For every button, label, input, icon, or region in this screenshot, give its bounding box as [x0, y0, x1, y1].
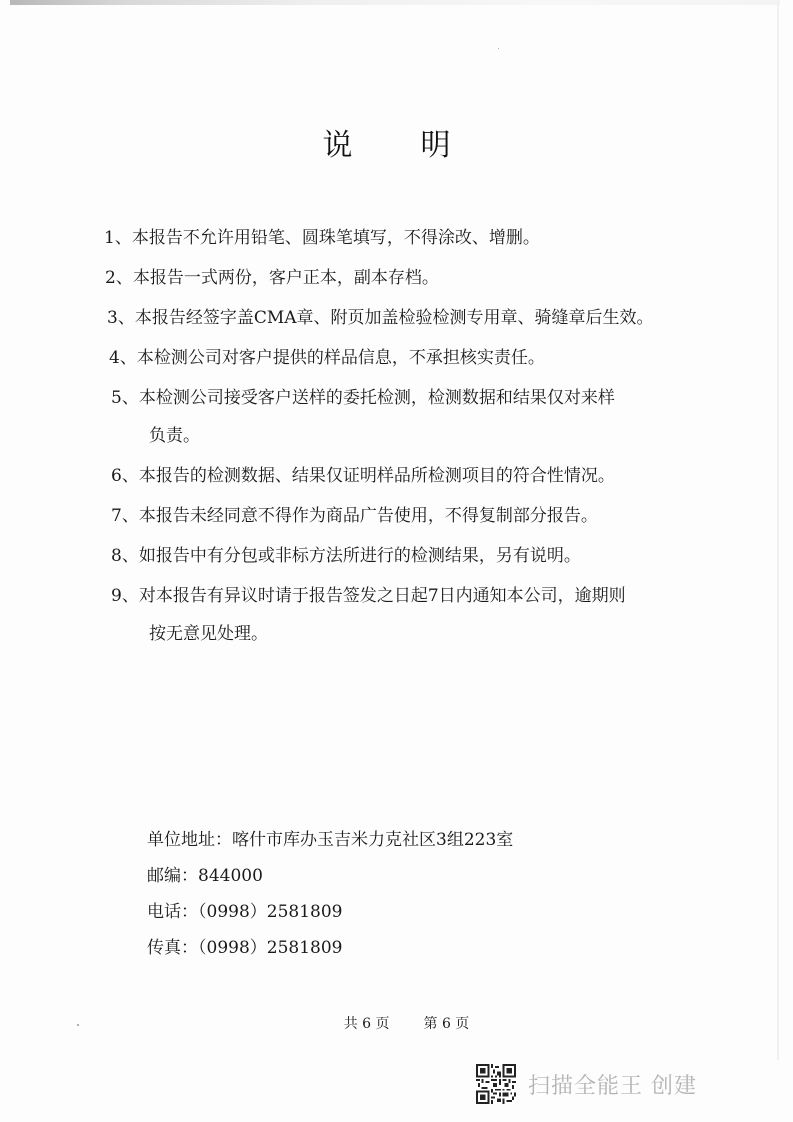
rule-number: 7、 [111, 506, 139, 526]
phone-line: 电话：（0998）2581809 [147, 902, 513, 938]
postcode-value: 844000 [198, 866, 263, 886]
rule-item: 2、本报告一式两份，客户正本，副本存档。 [105, 268, 705, 289]
contact-info: 单位地址：喀什市库办玉吉米力克社区3组223室 邮编：844000 电话：（09… [147, 830, 513, 974]
scanner-watermark: 扫描全能王 创建 [476, 1062, 697, 1106]
rule-number: 9、 [111, 586, 139, 606]
rule-item: 3、本报告经签字盖CMA章、附页加盖检验检测专用章、骑缝章后生效。 [107, 308, 707, 329]
rule-text: 本检测公司对客户提供的样品信息，不承担核实责任。 [137, 348, 545, 368]
postcode-line: 邮编：844000 [147, 866, 513, 902]
rule-number: 6、 [111, 466, 139, 486]
page-title: 说明 [0, 120, 793, 164]
title-char: 说 [323, 128, 421, 163]
rule-item: 9、对本报告有异议时请于报告签发之日起7日内通知本公司，逾期则 按无意见处理。 [111, 586, 711, 645]
qr-code-icon [476, 1064, 516, 1104]
watermark-text: 扫描全能王 创建 [528, 1069, 697, 1100]
rule-number: 1、 [104, 228, 132, 248]
rule-item: 8、如报告中有分包或非标方法所进行的检测结果，另有说明。 [111, 546, 711, 567]
rule-number: 8、 [111, 546, 139, 566]
rule-text: 本报告不允许用铅笔、圆珠笔填写，不得涂改、增删。 [132, 228, 540, 248]
rule-number: 3、 [107, 308, 135, 328]
rule-item: 7、本报告未经同意不得作为商品广告使用，不得复制部分报告。 [111, 506, 711, 527]
address-label: 单位地址： [147, 830, 232, 850]
rule-item: 6、本报告的检测数据、结果仅证明样品所检测项目的符合性情况。 [111, 466, 711, 487]
rule-number: 2、 [105, 268, 133, 288]
document-page: 说明 1、本报告不允许用铅笔、圆珠笔填写，不得涂改、增删。 2、本报告一式两份，… [0, 0, 793, 1122]
rule-item: 1、本报告不允许用铅笔、圆珠笔填写，不得涂改、增删。 [104, 228, 704, 249]
rules-list: 1、本报告不允许用铅笔、圆珠笔填写，不得涂改、增删。 2、本报告一式两份，客户正… [104, 228, 704, 493]
phone-label: 电话： [147, 902, 198, 922]
rule-item: 5、本检测公司接受客户送样的委托检测，检测数据和结果仅对来样 负责。 [111, 388, 711, 447]
rule-text-continuation: 负责。 [111, 426, 711, 447]
total-pages: 共 6 页 [344, 1016, 390, 1032]
rule-text: 如报告中有分包或非标方法所进行的检测结果，另有说明。 [139, 546, 581, 566]
rule-text-continuation: 按无意见处理。 [111, 624, 711, 645]
rule-text: 本检测公司接受客户送样的委托检测，检测数据和结果仅对来样 [139, 388, 615, 408]
scan-speck [498, 48, 499, 49]
rule-number: 5、 [111, 388, 139, 408]
rule-text: 对本报告有异议时请于报告签发之日起7日内通知本公司，逾期则 [139, 586, 626, 606]
address-line: 单位地址：喀什市库办玉吉米力克社区3组223室 [147, 830, 513, 866]
rule-text: 本报告经签字盖CMA章、附页加盖检验检测专用章、骑缝章后生效。 [135, 308, 654, 328]
rule-text: 本报告一式两份，客户正本，副本存档。 [133, 268, 439, 288]
scan-edge-shadow [10, 0, 780, 5]
postcode-label: 邮编： [147, 866, 198, 886]
title-char: 明 [421, 128, 519, 163]
current-page: 第 6 页 [424, 1016, 470, 1032]
fax-value: （0998）2581809 [198, 938, 342, 958]
fax-label: 传真： [147, 938, 198, 958]
rule-text: 本报告的检测数据、结果仅证明样品所检测项目的符合性情况。 [139, 466, 615, 486]
rule-number: 4、 [109, 348, 137, 368]
rule-text: 本报告未经同意不得作为商品广告使用，不得复制部分报告。 [139, 506, 598, 526]
page-footer: 共 6 页第 6 页 [0, 1013, 793, 1033]
address-value: 喀什市库办玉吉米力克社区3组223室 [232, 830, 513, 850]
phone-value: （0998）2581809 [198, 902, 342, 922]
rule-item: 4、本检测公司对客户提供的样品信息，不承担核实责任。 [109, 348, 709, 369]
fax-line: 传真：（0998）2581809 [147, 938, 513, 974]
